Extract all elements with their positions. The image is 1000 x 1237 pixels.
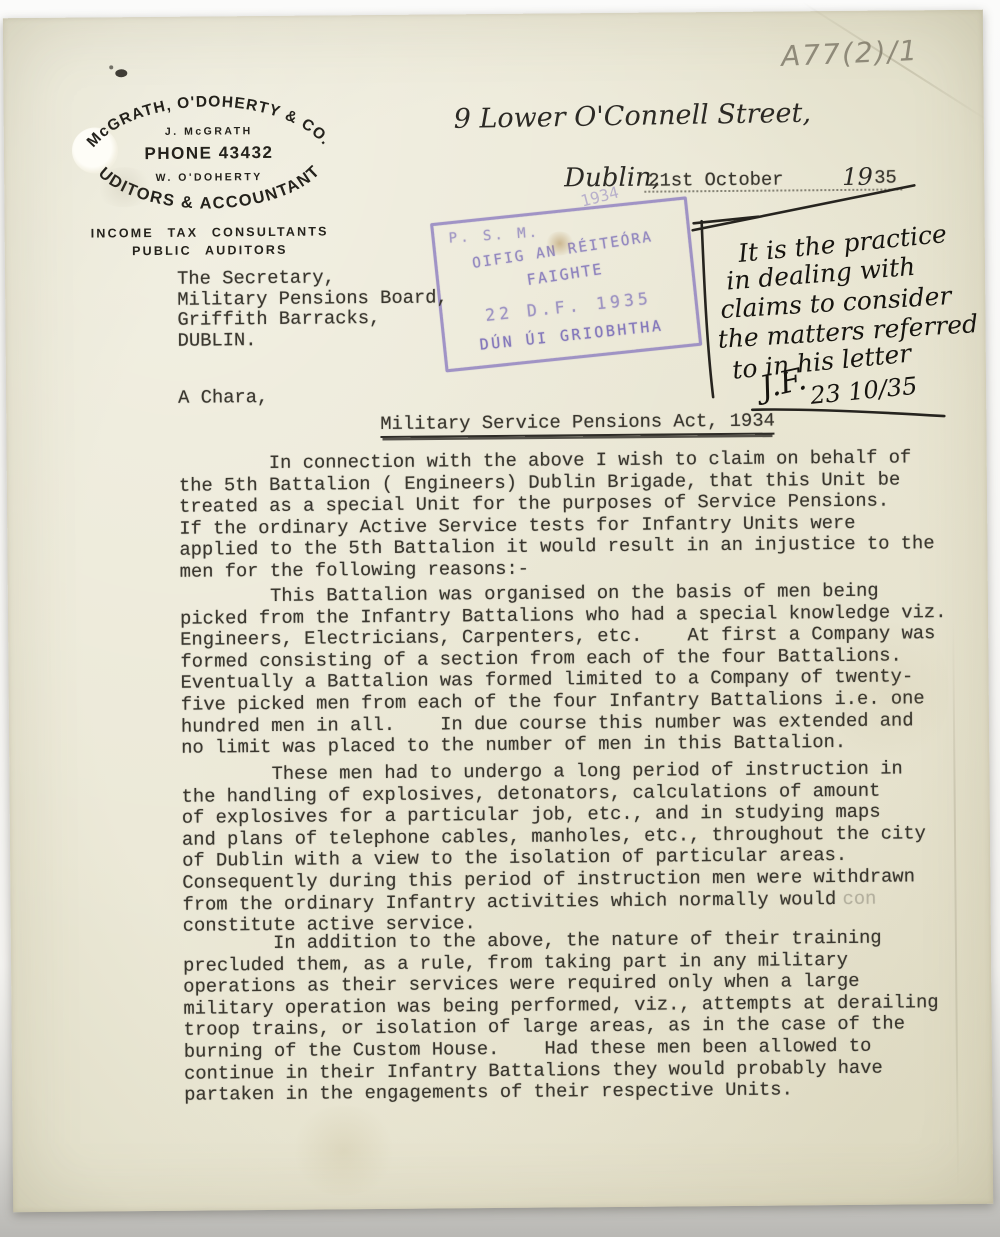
paper-crease: [952, 620, 959, 1190]
letterhead-street-address: 9 Lower O'Connell Street,: [453, 98, 811, 135]
letterhead-company: McGRATH, O'DOHERTY & CO.: [83, 92, 334, 150]
dateline-year-typed: 35: [874, 168, 897, 190]
text-line: no limit was placed to the number of men…: [181, 731, 948, 759]
faint-overtype: con: [842, 889, 876, 911]
letterhead-emblem: McGRATH, O'DOHERTY & CO. AUDITORS & ACCO…: [73, 61, 347, 263]
text-line: partaken in the engagements of their res…: [184, 1078, 939, 1106]
note-bracket-side: [702, 221, 714, 397]
subject-text: Military Service Pensions Act, 1934: [380, 410, 775, 438]
subject-line: Military Service Pensions Act, 1934: [380, 411, 775, 436]
letterhead-services-2: PUBLIC AUDITORS: [132, 243, 288, 258]
archive-reference: A77(2)/1: [780, 34, 919, 73]
margin-note-date: 23 10/35: [809, 372, 919, 410]
ink-speck: [109, 65, 113, 69]
letterhead-partner-top: J. McGRATH: [165, 125, 253, 138]
dateline-year-printed: 19: [842, 163, 873, 191]
text-line: men for the following reasons:-: [180, 555, 935, 583]
body-paragraph-4: In addition to the above, the nature of …: [183, 927, 940, 1106]
stamp-line: P. S. M.: [448, 224, 540, 246]
letterhead-partner-bottom: W. O'DOHERTY: [156, 171, 263, 184]
note-flourish-underline: [752, 408, 944, 418]
body-paragraph-2: This Battalion was organised on the basi…: [180, 580, 948, 759]
body-paragraph-3: These men had to undergo a long period o…: [181, 758, 926, 937]
salutation: A Chara,: [178, 387, 268, 409]
dateline-typed-date: 21st October: [648, 169, 783, 192]
letterhead-phone: PHONE 43432: [144, 143, 273, 163]
received-stamp: P. S. M. OIFIG AN RÉITEÓRA FAIGHTE 22 D.…: [430, 196, 702, 372]
ink-blot: [115, 69, 127, 77]
letterhead-services-1: INCOME TAX CONSULTANTS: [91, 224, 329, 240]
letter-page: McGRATH, O'DOHERTY & CO. AUDITORS & ACCO…: [3, 10, 993, 1213]
paper-stain: [288, 1105, 399, 1196]
text-line: DUBLIN.: [178, 328, 449, 351]
text-line: Griffith Barracks,: [177, 307, 448, 330]
date-underline-stroke: [692, 185, 914, 230]
body-paragraph-1: In connection with the above I wish to c…: [179, 447, 935, 583]
text-line: Military Pensions Board,: [177, 287, 448, 310]
recipient-address: The Secretary,Military Pensions Board,Gr…: [177, 266, 448, 350]
note-bracket-top: [694, 217, 759, 224]
